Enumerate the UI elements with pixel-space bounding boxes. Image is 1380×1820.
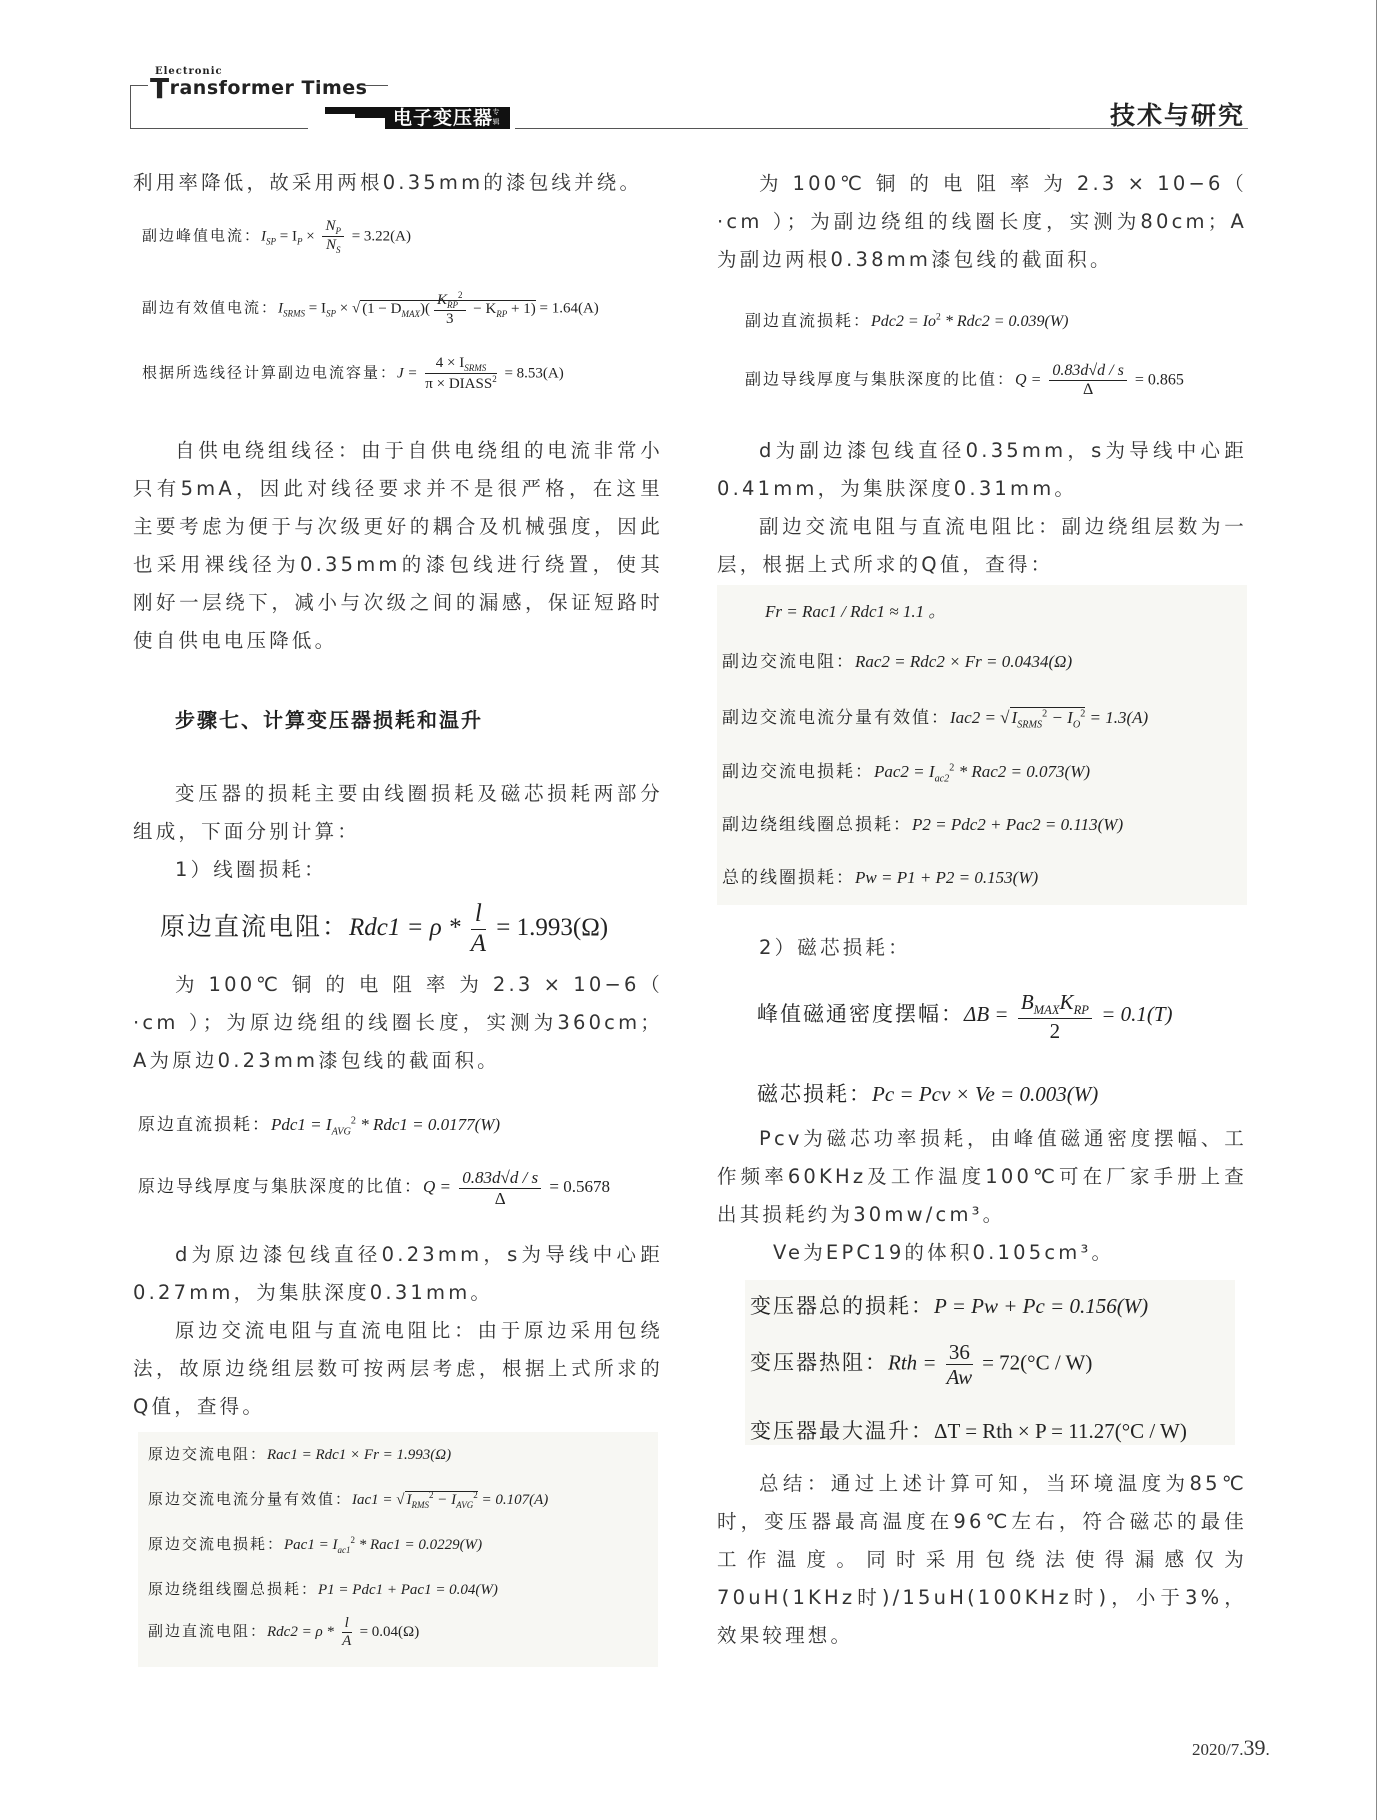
- eq-term: Pdc2 = Io: [871, 313, 936, 330]
- brand-initial: T: [150, 72, 170, 105]
- paragraph: d为原边漆包线直径0.23mm，s为导线中心距0.27mm，为集肤深度0.31m…: [133, 1236, 663, 1312]
- eq-result: * Rac1 = 0.0229(W): [355, 1537, 482, 1553]
- eq-term: B: [1021, 990, 1034, 1014]
- eq-term: Pac2 = I: [874, 762, 935, 781]
- equation-label: 原边交流电阻：: [148, 1445, 267, 1463]
- equation-rdc1: 原边直流电阻：Rdc1 = ρ * lA = 1.993(Ω): [160, 900, 608, 959]
- eq-result: * Rac2 = 0.073(W): [954, 762, 1090, 781]
- eq-result: ΔT = Rth × P = 11.27(°C / W): [934, 1419, 1187, 1443]
- eq-term: + 1): [507, 301, 535, 317]
- eq-sub: ac1: [337, 1545, 350, 1555]
- equation-label: 副边直流损耗：: [745, 311, 871, 330]
- banner-tag: 专辑: [491, 107, 501, 127]
- eq-term: Aw: [946, 1365, 973, 1389]
- sqrt: IRMS2 − IAVG2: [405, 1491, 478, 1508]
- right-column-body: 2）磁芯损耗：: [717, 929, 1247, 967]
- eq-term: ΔB =: [964, 1002, 1014, 1026]
- banner-step: [325, 107, 355, 114]
- eq-term: Iac1 = √: [352, 1492, 405, 1508]
- fraction: 4 × ISRMSπ × DIASS2: [425, 355, 496, 394]
- eq-term: K: [437, 292, 447, 308]
- left-column-body: d为原边漆包线直径0.23mm，s为导线中心距0.27mm，为集肤深度0.31m…: [133, 1236, 663, 1426]
- equation-j: 根据所选线径计算副边电流容量：J = 4 × ISRMSπ × DIASS2 =…: [142, 355, 564, 394]
- eq-result: * Rdc2 = 0.039(W): [941, 313, 1069, 330]
- eq-term: K: [1060, 990, 1074, 1014]
- eq-sub: RP: [1074, 1003, 1089, 1017]
- summary-paragraph: 总结：通过上述计算可知，当环境温度为85℃时，变压器最高温度在96℃左右，符合磁…: [717, 1465, 1247, 1655]
- equation-isrms: 副边有效值电流：ISRMS = ISP × √(1 − DMAX)(KRP23 …: [142, 290, 599, 329]
- equation-fr: Fr = Rac1 / Rdc1 ≈ 1.1 。: [765, 597, 945, 622]
- eq-term: 0.83d√d / s: [459, 1168, 541, 1189]
- eq-term: 0.83d√d / s: [1049, 362, 1126, 381]
- eq-result: Pw = P1 + P2 = 0.153(W): [855, 868, 1038, 887]
- sqrt: ISRMS2 − IO2: [1010, 707, 1086, 727]
- equation-label: 变压器总的损耗：: [750, 1294, 934, 1318]
- equation-pdc1: 原边直流损耗：Pdc1 = IAVG2 * Rdc1 = 0.0177(W): [138, 1110, 500, 1137]
- equation-pw: 总的线圈损耗：Pw = P1 + P2 = 0.153(W): [722, 863, 1038, 888]
- equation-label: 总的线圈损耗：: [722, 868, 855, 888]
- paragraph: 变压器的损耗主要由线圈损耗及磁芯损耗两部分组成，下面分别计算：: [133, 775, 663, 851]
- eq-term: Δ: [1049, 381, 1126, 399]
- header-rule: [130, 85, 148, 86]
- section-title: 技术与研究: [1110, 96, 1245, 132]
- eq-sub: S: [336, 245, 341, 255]
- paragraph: 自供电绕组线径：由于自供电绕组的电流非常小只有5mA，因此对线径要求并不是很严格…: [133, 432, 663, 660]
- banner-title: 电子变压器: [393, 107, 493, 129]
- eq-term: 4 × I: [436, 355, 464, 371]
- eq-sub: AVG: [456, 1500, 473, 1510]
- right-column-body: Pcv为磁芯功率损耗，由峰值磁通密度摆幅、工作频率60KHz及工作温度100℃可…: [717, 1120, 1247, 1272]
- eq-result: = 0.107(A): [478, 1492, 549, 1508]
- equation-block-bg: [717, 585, 1247, 905]
- header-rule: [515, 128, 1115, 129]
- page-edge: [1376, 0, 1377, 1820]
- eq-sub: MAX: [1034, 1003, 1060, 1017]
- equation-label: 变压器最大温升：: [750, 1419, 934, 1443]
- equation-iac1: 原边交流电流分量有效值：Iac1 = √IRMS2 − IAVG2 = 0.10…: [148, 1488, 548, 1510]
- page-number: 39: [1243, 1735, 1265, 1760]
- left-column: 利用率降低，故采用两根0.35mm的漆包线并绕。: [133, 164, 663, 202]
- fraction: 0.83d√d / sΔ: [1049, 362, 1126, 400]
- section-heading: 步骤七、计算变压器损耗和温升: [175, 704, 483, 733]
- equation-label: 副边导线厚度与集肤深度的比值：: [745, 370, 1015, 389]
- brand-rest: ransformer Times: [170, 77, 368, 99]
- header-rule: [1050, 128, 1248, 129]
- eq-result: = 1.64(A): [536, 301, 599, 317]
- equation-label: 副边峰值电流：: [142, 226, 261, 244]
- equation-label: 根据所选线径计算副边电流容量：: [142, 364, 397, 382]
- eq-term: Iac2 = √: [950, 708, 1010, 727]
- eq-sub: RP: [447, 300, 458, 310]
- eq-term: Rth =: [888, 1350, 942, 1374]
- fraction: lA: [342, 1615, 352, 1651]
- equation-label: 原边直流损耗：: [138, 1115, 271, 1135]
- fraction: lA: [471, 900, 486, 959]
- issue-date: 2020/7.: [1192, 1740, 1243, 1759]
- eq-term: A: [342, 1633, 352, 1650]
- eq-result: = 72(°C / W): [977, 1350, 1093, 1374]
- eq-term: )(: [420, 301, 430, 317]
- eq-sup: 2: [458, 290, 463, 300]
- page-footer: 2020/7.39.: [1192, 1735, 1270, 1761]
- fraction: 0.83d√d / sΔ: [459, 1168, 541, 1208]
- eq-term: 3: [434, 311, 466, 328]
- equation-pac2: 副边交流电损耗：Pac2 = Iac22 * Rac2 = 0.073(W): [722, 757, 1090, 784]
- eq-term: N: [325, 218, 335, 234]
- eq-term: l: [471, 900, 486, 930]
- eq-term: ×: [302, 228, 318, 244]
- equation-label: 原边交流电损耗：: [148, 1535, 284, 1553]
- paragraph: d为副边漆包线直径0.35mm，s为导线中心距0.41mm，为集肤深度0.31m…: [717, 432, 1247, 508]
- header-rule: [130, 128, 308, 129]
- equation-label: 副边有效值电流：: [142, 299, 278, 317]
- eq-term: Q =: [423, 1177, 455, 1196]
- equation-pdc2: 副边直流损耗：Pdc2 = Io2 * Rdc2 = 0.039(W): [745, 308, 1068, 331]
- equation-rac1: 原边交流电阻：Rac1 = Rdc1 × Fr = 1.993(Ω): [148, 1443, 451, 1464]
- equation-label: 原边直流电阻：: [160, 912, 349, 941]
- eq-result: = 0.04(Ω): [356, 1624, 419, 1640]
- paragraph: 为 100℃ 铜 的 电 阻 率 为 2.3 × 10−6（ ·cm ）；为原边…: [133, 966, 663, 1080]
- equation-label: 磁芯损耗：: [757, 1082, 872, 1106]
- eq-result: = 0.865: [1131, 372, 1184, 389]
- eq-term: Pdc1 = I: [271, 1115, 332, 1134]
- sqrt: (1 − DMAX)(KRP23 − KRP + 1): [360, 300, 536, 317]
- paragraph: 利用率降低，故采用两根0.35mm的漆包线并绕。: [133, 164, 663, 202]
- fraction: KRP23: [434, 290, 466, 329]
- eq-result: P1 = Pdc1 + Pac1 = 0.04(W): [318, 1582, 498, 1598]
- equation-pac1: 原边交流电损耗：Pac1 = Iac12 * Rac1 = 0.0229(W): [148, 1533, 482, 1555]
- right-column: 为 100℃ 铜 的 电 阻 率 为 2.3 × 10−6（ ·cm ）；为副边…: [717, 165, 1247, 279]
- left-column-body: 自供电绕组线径：由于自供电绕组的电流非常小只有5mA，因此对线径要求并不是很严格…: [133, 432, 663, 660]
- eq-term: π × DIASS: [425, 376, 492, 392]
- equation-label: 副边交流电流分量有效值：: [722, 708, 950, 728]
- brand-title: Transformer Times: [150, 68, 367, 101]
- eq-term: Q =: [1015, 372, 1045, 389]
- eq-sub: SRMS: [283, 309, 305, 319]
- equation-rdc2: 副边直流电阻：Rdc2 = ρ * lA = 0.04(Ω): [148, 1615, 419, 1651]
- eq-result: Rac2 = Rdc2 × Fr = 0.0434(Ω): [855, 652, 1072, 671]
- eq-result: * Rdc1 = 0.0177(W): [356, 1115, 500, 1134]
- eq-term: × √: [336, 301, 360, 317]
- equation-label: 原边绕组线圈总损耗：: [148, 1580, 318, 1598]
- header-rule: [130, 85, 131, 128]
- equation-isp: 副边峰值电流：ISP = IP × NPNS = 3.22(A): [142, 218, 411, 256]
- paragraph: 原边交流电阻与直流电阻比：由于原边采用包绕法，故原边绕组层数可按两层考虑，根据上…: [133, 1312, 663, 1426]
- eq-result: = 8.53(A): [501, 366, 564, 382]
- equation-label: 原边导线厚度与集肤深度的比值：: [138, 1177, 423, 1197]
- banner-step: [355, 107, 385, 118]
- header-rule: [364, 85, 388, 86]
- eq-result: = 3.22(A): [348, 228, 411, 244]
- eq-term: Pac1 = I: [284, 1537, 337, 1553]
- equation-label: 副边交流电损耗：: [722, 762, 874, 782]
- equation-label: 峰值磁通密度摆幅：: [757, 1002, 964, 1026]
- eq-term: 2: [1018, 1019, 1092, 1043]
- equation-pc: 磁芯损耗：Pc = Pcv × Ve = 0.003(W): [757, 1078, 1098, 1108]
- eq-sub: P: [335, 226, 341, 236]
- equation-q1: 原边导线厚度与集肤深度的比值：Q = 0.83d√d / sΔ = 0.5678: [138, 1168, 670, 1208]
- eq-result: = 0.5678: [545, 1177, 610, 1196]
- equation-q2: 副边导线厚度与集肤深度的比值：Q = 0.83d√d / sΔ = 0.865: [745, 362, 1184, 400]
- eq-sub: SP: [266, 236, 276, 246]
- paragraph: 副边交流电阻与直流电阻比：副边绕组层数为一层，根据上式所求的Q值，查得：: [717, 508, 1247, 584]
- eq-term: − I: [1047, 708, 1073, 727]
- eq-result: P = Pw + Pc = 0.156(W): [934, 1294, 1148, 1318]
- equation-total-loss: 变压器总的损耗：P = Pw + Pc = 0.156(W): [750, 1290, 1148, 1320]
- right-column-body: d为副边漆包线直径0.35mm，s为导线中心距0.41mm，为集肤深度0.31m…: [717, 432, 1247, 584]
- equation-label: 原边交流电流分量有效值：: [148, 1490, 352, 1508]
- equation-temp-rise: 变压器最大温升：ΔT = Rth × P = 11.27(°C / W): [750, 1415, 1187, 1445]
- eq-sub: SRMS: [464, 363, 486, 373]
- eq-result: = 1.3(A): [1085, 708, 1148, 727]
- eq-sub: O: [1073, 719, 1080, 730]
- equation-rth: 变压器热阻：Rth = 36Aw = 72(°C / W): [750, 1340, 1092, 1389]
- eq-sub: RP: [496, 309, 507, 319]
- eq-sub: MAX: [401, 309, 420, 319]
- footer-dot: .: [1265, 1740, 1269, 1759]
- equation-label: 副边直流电阻：: [148, 1622, 267, 1640]
- fraction: 36Aw: [946, 1340, 973, 1389]
- equation-label: 副边绕组线圈总损耗：: [722, 815, 912, 835]
- left-column-body: 变压器的损耗主要由线圈损耗及磁芯损耗两部分组成，下面分别计算： 1）线圈损耗：: [133, 775, 663, 889]
- eq-sup: 2: [492, 374, 497, 384]
- left-column-body: 为 100℃ 铜 的 电 阻 率 为 2.3 × 10−6（ ·cm ）；为原边…: [133, 966, 663, 1080]
- eq-result: Pc = Pcv × Ve = 0.003(W): [872, 1082, 1098, 1106]
- eq-sub: SP: [326, 309, 336, 319]
- right-column-body: 总结：通过上述计算可知，当环境温度为85℃时，变压器最高温度在96℃左右，符合磁…: [717, 1465, 1247, 1655]
- eq-term: Rdc2 = ρ *: [267, 1624, 338, 1640]
- eq-result: = 1.993(Ω): [490, 914, 608, 941]
- equation-label: 副边交流电阻：: [722, 652, 855, 672]
- eq-sub: SRMS: [1017, 719, 1042, 730]
- eq-term: 36: [946, 1340, 973, 1365]
- eq-term: = I: [276, 228, 297, 244]
- equation-rac2: 副边交流电阻：Rac2 = Rdc2 × Fr = 0.0434(Ω): [722, 647, 1072, 672]
- eq-result: Rac1 = Rdc1 × Fr = 1.993(Ω): [267, 1447, 451, 1463]
- eq-sub: RMS: [412, 1500, 430, 1510]
- eq-result: P2 = Pdc2 + Pac2 = 0.113(W): [912, 815, 1123, 834]
- eq-sub: AVG: [332, 1126, 351, 1137]
- eq-sub: ac2: [935, 773, 950, 784]
- eq-term: = I: [305, 301, 326, 317]
- equation-p1: 原边绕组线圈总损耗：P1 = Pdc1 + Pac1 = 0.04(W): [148, 1578, 498, 1599]
- paragraph: 为 100℃ 铜 的 电 阻 率 为 2.3 × 10−6（ ·cm ）；为副边…: [717, 165, 1247, 279]
- eq-term: Δ: [459, 1189, 541, 1209]
- eq-term: − I: [434, 1492, 457, 1508]
- fraction: BMAXKRP2: [1018, 990, 1092, 1043]
- eq-term: J =: [397, 366, 421, 382]
- equation-db: 峰值磁通密度摆幅：ΔB = BMAXKRP2 = 0.1(T): [757, 990, 1173, 1043]
- subheading: 2）磁芯损耗：: [717, 929, 1247, 967]
- eq-term: Rdc1 = ρ *: [349, 914, 467, 941]
- equation-iac2: 副边交流电流分量有效值：Iac2 = √ISRMS2 − IO2 = 1.3(A…: [722, 703, 1148, 730]
- eq-term: A: [471, 930, 486, 959]
- eq-term: − K: [470, 301, 497, 317]
- paragraph: Pcv为磁芯功率损耗，由峰值磁通密度摆幅、工作频率60KHz及工作温度100℃可…: [717, 1120, 1247, 1234]
- equation-label: 变压器热阻：: [750, 1350, 888, 1374]
- fraction: NPNS: [322, 218, 344, 256]
- eq-result: = 0.1(T): [1096, 1002, 1173, 1026]
- eq-term: N: [326, 237, 336, 253]
- equation-p2: 副边绕组线圈总损耗：P2 = Pdc2 + Pac2 = 0.113(W): [722, 810, 1123, 835]
- paragraph: Ve为EPC19的体积0.105cm³。: [717, 1234, 1247, 1272]
- subheading: 1）线圈损耗：: [133, 851, 663, 889]
- eq-term: l: [342, 1615, 352, 1633]
- eq-term: (1 − D: [362, 301, 401, 317]
- eq-result: Fr = Rac1 / Rdc1 ≈ 1.1 。: [765, 602, 945, 621]
